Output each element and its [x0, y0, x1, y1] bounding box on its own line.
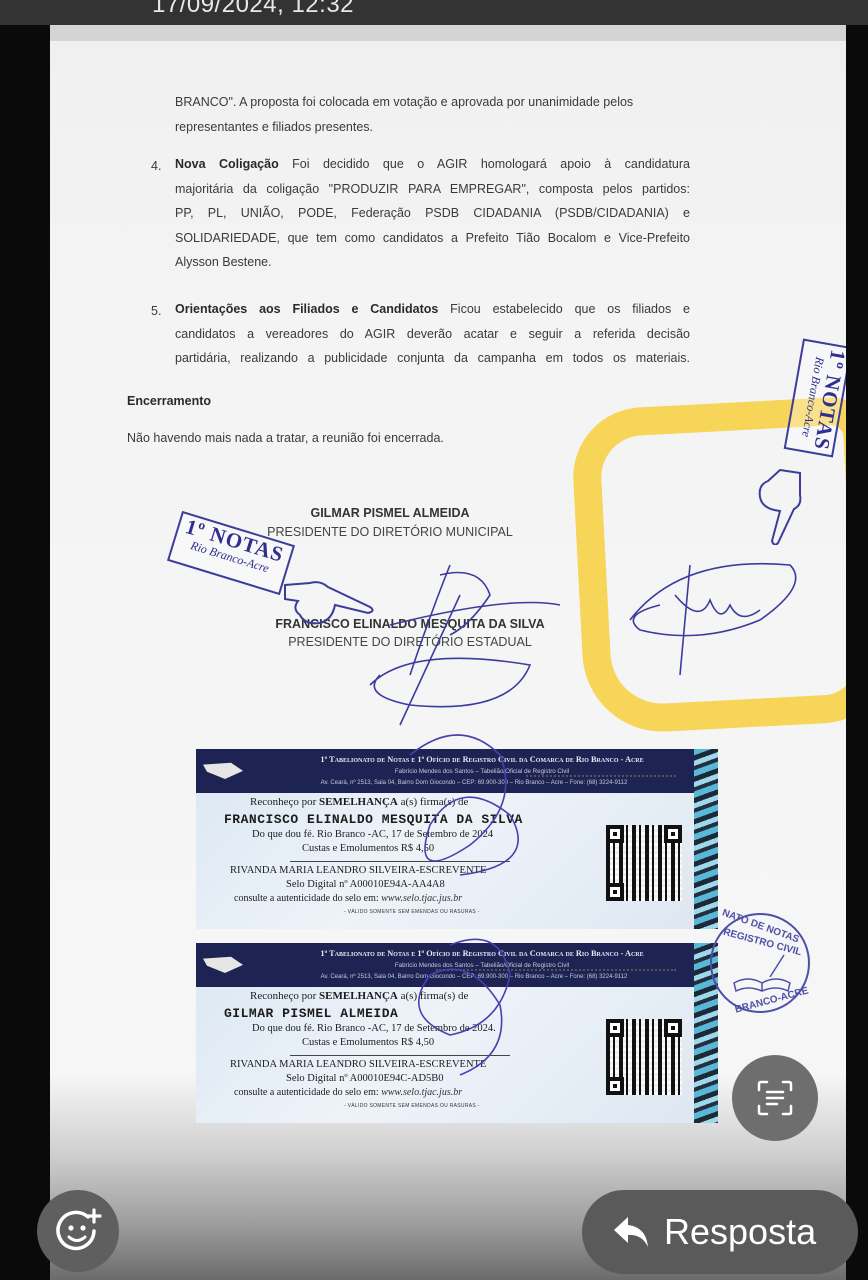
qr-code-icon — [606, 825, 682, 901]
text: a(s) firma(s) de — [401, 990, 469, 1002]
text-line: PP, PL, UNIÃO, PODE, Federação PSDB CIDA… — [175, 201, 690, 226]
dotted-line — [436, 969, 676, 971]
seal-header-title: 1º Tabelionato de Notas e 1º Ofício de R… — [252, 755, 712, 764]
add-reaction-button[interactable] — [37, 1190, 119, 1272]
document-image[interactable]: BRANCO". A proposta foi colocada em vota… — [50, 25, 846, 1280]
text-line: Alysson Bestene. — [175, 250, 690, 275]
text-line: partidária, realizando a publicidade con… — [175, 346, 690, 371]
qr-code-icon — [606, 1019, 682, 1095]
scan-text-button[interactable] — [732, 1055, 818, 1141]
pointing-hand-icon — [280, 565, 380, 625]
item-5-number: 5. — [151, 304, 161, 318]
notary-seal-gilmar: 1º Tabelionato de Notas e 1º Ofício de R… — [196, 943, 718, 1123]
seal-code: Selo Digital nº A00010E94A-AA4A8 — [286, 879, 445, 890]
text: Ficou estabelecido que os filiados e — [450, 302, 690, 316]
signature-role-2: PRESIDENTE DO DIRETÓRIO ESTADUAL — [260, 635, 560, 649]
notary-pointer-stamp-left: 1º NOTAS Rio Branco-Acre — [167, 511, 295, 595]
verify-url: www.selo.tjac.jus.br — [381, 893, 462, 904]
registry-circle-stamp: NATO DE NOTAS REGISTRO CIVIL BRANCO-ACRE — [710, 913, 810, 1013]
viewer-right-edge — [846, 25, 868, 1280]
dotted-line — [526, 775, 676, 777]
text-line: SOLIDARIEDADE, que tem como candidatos a… — [175, 226, 690, 251]
seal-code: Selo Digital nº A00010E94C-AD5B0 — [286, 1073, 444, 1084]
paragraph-3-continuation: BRANCO". A proposta foi colocada em vota… — [175, 90, 690, 139]
seal-header-officer: Fabrício Mendes dos Santos – Tabelião/Of… — [252, 768, 712, 775]
notary-logo-icon — [203, 955, 243, 973]
item-5-title: Orientações aos Filiados e Candidatos — [175, 302, 438, 316]
text-line: majoritária da coligação "PRODUZIR PARA … — [175, 177, 690, 202]
seal-signer: FRANCISCO ELINALDO MESQUITA DA SILVA — [224, 812, 523, 827]
text: Reconheço por — [250, 796, 316, 808]
seal-fees: Custas e Emolumentos R$ 4,50 — [302, 843, 434, 854]
seal-verify: consulte a autenticidade do selo em: www… — [234, 1087, 462, 1098]
verify-url: www.selo.tjac.jus.br — [381, 1087, 462, 1098]
seal-footer: - VÁLIDO SOMENTE SEM EMENDAS OU RASURAS … — [344, 909, 480, 915]
text: Foi decidido que o AGIR homologará apoio… — [292, 157, 690, 171]
text-line: Orientações aos Filiados e Candidatos Fi… — [175, 297, 690, 322]
seal-footer: - VÁLIDO SOMENTE SEM EMENDAS OU RASURAS … — [344, 1103, 480, 1109]
recognition-type: SEMELHANÇA — [319, 990, 398, 1002]
item-4-title: Nova Coligação — [175, 157, 279, 171]
reply-button[interactable]: Resposta — [582, 1190, 858, 1274]
status-bar: 17/09/2024, 12:32 — [0, 0, 868, 25]
message-timestamp: 17/09/2024, 12:32 — [152, 0, 354, 19]
seal-verify: consulte a autenticidade do selo em: www… — [234, 893, 462, 904]
closing-heading: Encerramento — [127, 394, 211, 408]
seal-recognition: Reconheço por SEMELHANÇA a(s) firma(s) d… — [250, 990, 468, 1002]
text-line: candidatos a vereadores do AGIR deverão … — [175, 322, 690, 347]
text-line: Nova Coligação Foi decidido que o AGIR h… — [175, 152, 690, 177]
seal-header: 1º Tabelionato de Notas e 1º Ofício de R… — [196, 749, 718, 793]
recognition-type: SEMELHANÇA — [319, 796, 398, 808]
seal-fees: Custas e Emolumentos R$ 4,50 — [302, 1037, 434, 1048]
reply-label: Resposta — [664, 1211, 816, 1253]
seal-header: 1º Tabelionato de Notas e 1º Ofício de R… — [196, 943, 718, 987]
notary-logo-icon — [203, 761, 243, 779]
seal-recognition: Reconheço por SEMELHANÇA a(s) firma(s) d… — [250, 796, 468, 808]
viewer-left-edge — [0, 25, 50, 1280]
reply-arrow-icon — [612, 1215, 650, 1249]
item-4-number: 4. — [151, 159, 161, 173]
seal-header-title: 1º Tabelionato de Notas e 1º Ofício de R… — [252, 949, 712, 958]
text: a(s) firma(s) de — [401, 796, 469, 808]
emoji-add-icon — [54, 1207, 102, 1255]
text: Reconheço por — [250, 990, 316, 1002]
seal-divider — [290, 861, 510, 862]
document-content: BRANCO". A proposta foi colocada em vota… — [50, 25, 846, 1280]
seal-divider — [290, 1055, 510, 1056]
text-line: representantes e filiados presentes. — [175, 115, 690, 140]
seal-signer: GILMAR PISMEL ALMEIDA — [224, 1006, 398, 1021]
text-line: BRANCO". A proposta foi colocada em vota… — [175, 90, 690, 115]
seal-attest: Do que dou fé. Rio Branco -AC, 17 de Set… — [252, 1023, 496, 1034]
seal-attest: Do que dou fé. Rio Branco -AC, 17 de Set… — [252, 829, 493, 840]
seal-clerk: RIVANDA MARIA LEANDRO SILVEIRA-ESCREVENT… — [230, 1059, 486, 1070]
text: consulte a autenticidade do selo em: — [234, 1087, 379, 1098]
closing-text: Não havendo mais nada a tratar, a reuniã… — [127, 431, 444, 445]
seal-header-address: Av. Ceará, nº 2513, Sala 04, Bairro Dom … — [236, 974, 712, 980]
notary-seal-francisco: 1º Tabelionato de Notas e 1º Ofício de R… — [196, 749, 718, 929]
text: consulte a autenticidade do selo em: — [234, 893, 379, 904]
signature-name-2: FRANCISCO ELINALDO MESQUITA DA SILVA — [250, 617, 570, 631]
signature-name-1: GILMAR PISMEL ALMEIDA — [260, 506, 520, 520]
open-book-pen-icon — [730, 953, 794, 993]
item-4: Nova Coligação Foi decidido que o AGIR h… — [175, 152, 690, 275]
scan-text-icon — [755, 1078, 795, 1118]
hologram-strip — [694, 749, 718, 929]
seal-header-address: Av. Ceará, nº 2513, Sala 04, Bairro Dom … — [236, 780, 712, 786]
seal-clerk: RIVANDA MARIA LEANDRO SILVEIRA-ESCREVENT… — [230, 865, 486, 876]
seal-header-officer: Fabrício Mendes dos Santos – Tabelião/Of… — [252, 962, 712, 969]
signature-role-1: PRESIDENTE DO DIRETÓRIO MUNICIPAL — [250, 525, 530, 539]
item-5: Orientações aos Filiados e Candidatos Fi… — [175, 297, 690, 371]
